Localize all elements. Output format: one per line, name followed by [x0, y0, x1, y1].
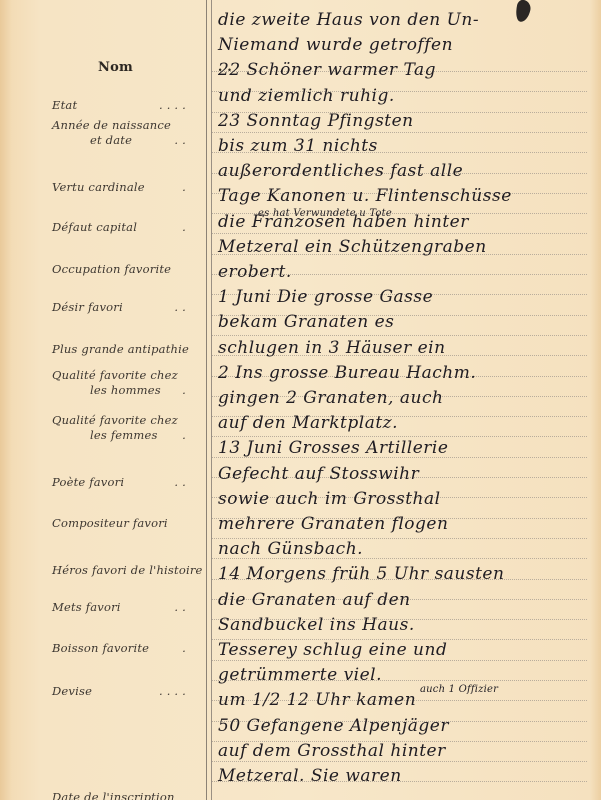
handwritten-line: 23 Sonntag Pfingsten — [218, 111, 588, 131]
field-label-text: Année de naissance — [52, 118, 171, 132]
field-label: Vertu cardinale. — [52, 180, 202, 195]
leader-dots: . — [182, 180, 186, 195]
handwritten-line: außerordentliches fast alle — [218, 161, 588, 181]
field-label: Boisson favorite. — [52, 641, 202, 656]
field-label: Qualité favorite chezles femmes. — [52, 413, 202, 443]
leader-dots: . . . . — [159, 684, 186, 699]
dotted-rule — [212, 660, 587, 661]
field-label-text: Héros favori de l'histoire — [52, 563, 203, 577]
field-label-text: Nom — [98, 60, 133, 75]
field-label: Mets favori. . — [52, 600, 202, 615]
field-label-text: Désir favori — [52, 300, 123, 314]
handwritten-line: bis zum 31 nichts — [218, 136, 588, 156]
handwritten-line: Sandbuckel ins Haus. — [218, 615, 588, 635]
field-label: Qualité favorite chezles hommes. — [52, 368, 202, 398]
handwritten-line: 22 Schöner warmer Tag — [218, 60, 588, 80]
handwritten-line: mehrere Granaten flogen — [218, 514, 588, 534]
leader-dots: . — [182, 220, 186, 235]
dotted-rule — [212, 132, 587, 133]
handwritten-line: Tesserey schlug eine und — [218, 640, 588, 660]
leader-dots: . . . . — [159, 98, 186, 113]
handwritten-line: auf dem Grossthal hinter — [218, 741, 588, 761]
field-label: Année de naissanceet date. . — [52, 118, 202, 148]
handwritten-line: 50 Gefangene Alpenjäger — [218, 716, 588, 736]
field-label: Date de l'inscription — [52, 790, 202, 800]
field-label-text: Mets favori — [52, 600, 121, 614]
handwritten-line: Gefecht auf Stosswihr — [218, 464, 588, 484]
field-label-text: Date de l'inscription — [52, 790, 175, 800]
interlinear-note: auch 1 Offizier — [420, 680, 601, 700]
field-label-text: Poète favori — [52, 475, 124, 489]
field-label-text: Qualité favorite chez — [52, 368, 178, 382]
handwritten-line: Metzeral ein Schützengraben — [218, 237, 588, 257]
handwritten-line: bekam Granaten es — [218, 312, 588, 332]
dotted-rule — [212, 233, 587, 234]
dotted-rule — [212, 761, 587, 762]
field-label-text: Défaut capital — [52, 220, 137, 234]
leader-dots: . . — [174, 300, 186, 315]
field-label: Désir favori. . — [52, 300, 202, 315]
handwritten-line: nach Günsbach. — [218, 539, 588, 559]
field-label-text-line2: les femmes — [52, 428, 202, 443]
field-label: Défaut capital. — [52, 220, 202, 235]
field-label: Héros favori de l'histoire — [52, 563, 202, 578]
handwritten-line: schlugen in 3 Häuser ein — [218, 338, 588, 358]
leader-dots: . — [182, 383, 186, 398]
field-label: Devise. . . . — [52, 684, 202, 699]
dotted-rule — [212, 335, 587, 336]
field-label-text: Occupation favorite — [52, 262, 171, 276]
field-label: Poète favori. . — [52, 475, 202, 490]
handwritten-line: gingen 2 Granaten, auch — [218, 388, 588, 408]
handwritten-line: auf den Marktplatz. — [218, 413, 588, 433]
handwritten-line: 13 Juni Grosses Artillerie — [218, 438, 588, 458]
field-label-text: Qualité favorite chez — [52, 413, 178, 427]
leader-dots: . . — [174, 475, 186, 490]
interlinear-note: es hat Verwundete u Tote — [258, 204, 601, 224]
handwritten-line: sowie auch im Grossthal — [218, 489, 588, 509]
field-label: Etat. . . . — [52, 98, 202, 113]
handwritten-line: 1 Juni Die grosse Gasse — [218, 287, 588, 307]
field-label-text: Plus grande antipathie — [52, 342, 189, 356]
field-label-text: Devise — [52, 684, 92, 698]
leader-dots: . — [182, 641, 186, 656]
handwritten-line: Niemand wurde getroffen — [218, 35, 588, 55]
handwritten-line: und ziemlich ruhig. — [218, 86, 588, 106]
field-label-text: Boisson favorite — [52, 641, 149, 655]
handwritten-line: die Granaten auf den — [218, 590, 588, 610]
handwritten-line: die zweite Haus von den Un- — [218, 10, 588, 30]
notebook-page: Nom. .Etat. . . .Année de naissanceet da… — [0, 0, 601, 800]
handwritten-line: Metzeral. Sie waren — [218, 766, 588, 786]
field-label-text: Vertu cardinale — [52, 180, 145, 194]
leader-dots: . — [182, 428, 186, 443]
field-label: Compositeur favori — [52, 516, 202, 531]
field-label: Plus grande antipathie — [52, 342, 202, 357]
dotted-rule — [212, 436, 587, 437]
field-label-text-line2: les hommes — [52, 383, 202, 398]
field-label: Occupation favorite — [52, 262, 202, 277]
field-label-text: Etat — [52, 98, 77, 112]
leader-dots: . . — [174, 133, 186, 148]
leader-dots: . . — [174, 600, 186, 615]
margin-rule-left — [206, 0, 207, 800]
handwritten-line: 14 Morgens früh 5 Uhr sausten — [218, 564, 588, 584]
handwritten-line: erobert. — [218, 262, 588, 282]
field-label-text: Compositeur favori — [52, 516, 168, 530]
handwritten-line: 2 Ins grosse Bureau Hachm. — [218, 363, 588, 383]
